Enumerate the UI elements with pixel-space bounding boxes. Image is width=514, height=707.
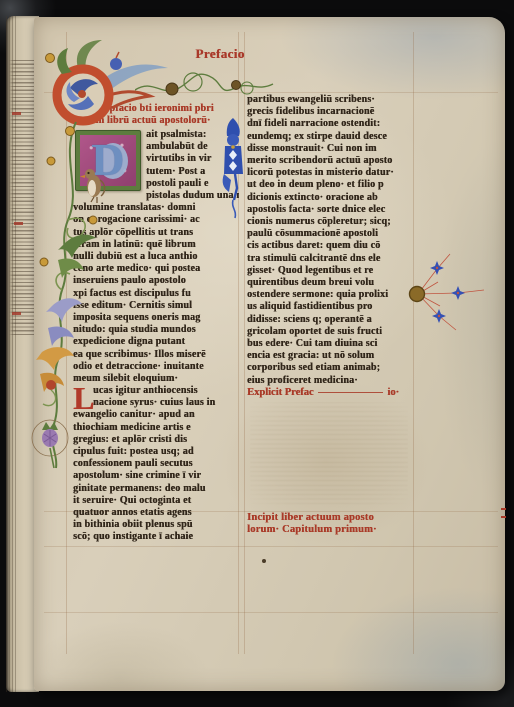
orange-acanthus-leaf — [36, 347, 74, 370]
manuscript-text-line: disse monstrauit· Cui non im — [247, 143, 414, 155]
bud-curl — [43, 390, 56, 406]
drollery-skirt — [223, 174, 231, 192]
manuscript-text-line: didisse: sciens q; operantē a — [247, 314, 414, 326]
blue-star-flowers — [430, 261, 465, 323]
gold-brown-ball — [166, 83, 178, 95]
manuscript-text-line: dnī fideli narracione ostendit: — [247, 118, 414, 130]
manuscript-text-line: bus edere· Cui tam diuina sci — [247, 338, 414, 350]
manuscript-text-line: scō; quo instigante ī achaie — [73, 531, 239, 543]
right-column-text: partibus ewangeliū scribens·grecis fidel… — [247, 94, 414, 387]
bird-icon — [80, 169, 105, 203]
gold-ball — [89, 216, 97, 224]
manuscript-text-line: eius proficeret medicina· — [247, 375, 414, 387]
manuscript-text-line: ostendere sermone: quia prolixi — [247, 289, 414, 301]
quire-signature-marks — [501, 508, 506, 530]
manuscript-text-line: ut deo in deum pleno· et filio p — [247, 179, 414, 191]
gold-dot — [410, 287, 425, 302]
manuscript-text-line: gricolam oportet de suis fructi — [247, 326, 414, 338]
manuscript-text-line: quirentibus deum breui volu — [247, 277, 414, 289]
manuscript-text-line: licorū potestas in misterio datur· — [247, 167, 414, 179]
vine-stem — [135, 74, 273, 91]
manuscript-text-line: merito scribendorū actuū aposto — [247, 155, 414, 167]
ruling-line — [44, 546, 498, 547]
manuscript-text-line: us aliquid fastidientibus pro — [247, 301, 414, 313]
manuscript-text-line: paulū cōsummacionē apostoli — [247, 228, 414, 240]
manuscript-text-line: ginitate permanens: deo malu — [73, 483, 239, 495]
manuscript-text-line: cionis numerus cōpleretur; sicq; — [247, 216, 414, 228]
gold-ball — [47, 157, 55, 165]
bud-stem — [116, 52, 119, 58]
explicit-preface-line: Explicit Prefac io· — [247, 387, 399, 398]
blue-bud — [110, 58, 122, 70]
manuscript-text-line: tra stimulū calcitrantē dns ele — [247, 253, 414, 265]
rosette-center — [78, 90, 86, 98]
lavender-acanthus-leaf — [46, 298, 82, 322]
margin-flower-decoration — [398, 248, 508, 333]
gold-ball — [40, 258, 48, 266]
manuscript-photo: Prefacio Incipit pfacio bti ieronimi pbr… — [0, 0, 514, 707]
drollery-figure — [213, 116, 251, 222]
parchment-speck — [262, 559, 266, 563]
gold-ball — [66, 127, 75, 136]
rosette-leaf — [57, 48, 72, 74]
gold-brown-ball — [232, 81, 241, 90]
manuscript-text-line: corporibus sed etiam animab; — [247, 362, 414, 374]
manuscript-text-line: gisset· Quod legentibus et re — [247, 265, 414, 277]
show-through-text — [250, 402, 408, 505]
drollery-collar-dot — [231, 145, 235, 149]
gold-ball — [46, 54, 55, 63]
manuscript-text-line: it seruire· Qui octoginta et — [73, 495, 239, 507]
vine-loop — [241, 82, 253, 94]
green-acanthus-leaf — [58, 258, 84, 278]
manuscript-text-line: lorum· Capitulum primum· — [247, 524, 410, 536]
drollery-leg — [234, 174, 237, 200]
manuscript-text-line: apostolis facta· sorte dnice elec — [247, 204, 414, 216]
explicit-text-end: io· — [387, 387, 399, 398]
manuscript-text-line: grecis fidelibus incarnacionē — [247, 106, 414, 118]
drollery-hood — [227, 118, 240, 136]
red-filigree-rays — [418, 254, 484, 330]
drollery-head — [227, 134, 239, 146]
manuscript-text-line: in bithinia obiit plenus spū — [73, 519, 239, 531]
ruling-line — [44, 612, 498, 613]
border-stem — [52, 122, 76, 468]
manuscript-text-line: Incipit liber actuum aposto — [247, 512, 410, 524]
thistle-sepals — [42, 422, 58, 430]
manuscript-text-line: dicionis extincto· oracione ab — [247, 192, 414, 204]
rubric-line-filler — [318, 392, 384, 393]
rubric-incipit-acts: Incipit liber actuum apostolorum· Capitu… — [247, 512, 410, 536]
red-bud — [46, 380, 56, 390]
manuscript-text-line: cis actibus daret: quem diu cō — [247, 240, 414, 252]
manuscript-text-line: eundemq; ex stirpe dauid desce — [247, 131, 414, 143]
manuscript-text-line: encia est gracia: ut nō solum — [247, 350, 414, 362]
manuscript-text-line: quatuor annos etatis agens — [73, 507, 239, 519]
penwork-vine-decoration — [135, 68, 275, 108]
explicit-text: Explicit Prefac — [247, 387, 314, 398]
drollery-tail — [233, 200, 236, 218]
